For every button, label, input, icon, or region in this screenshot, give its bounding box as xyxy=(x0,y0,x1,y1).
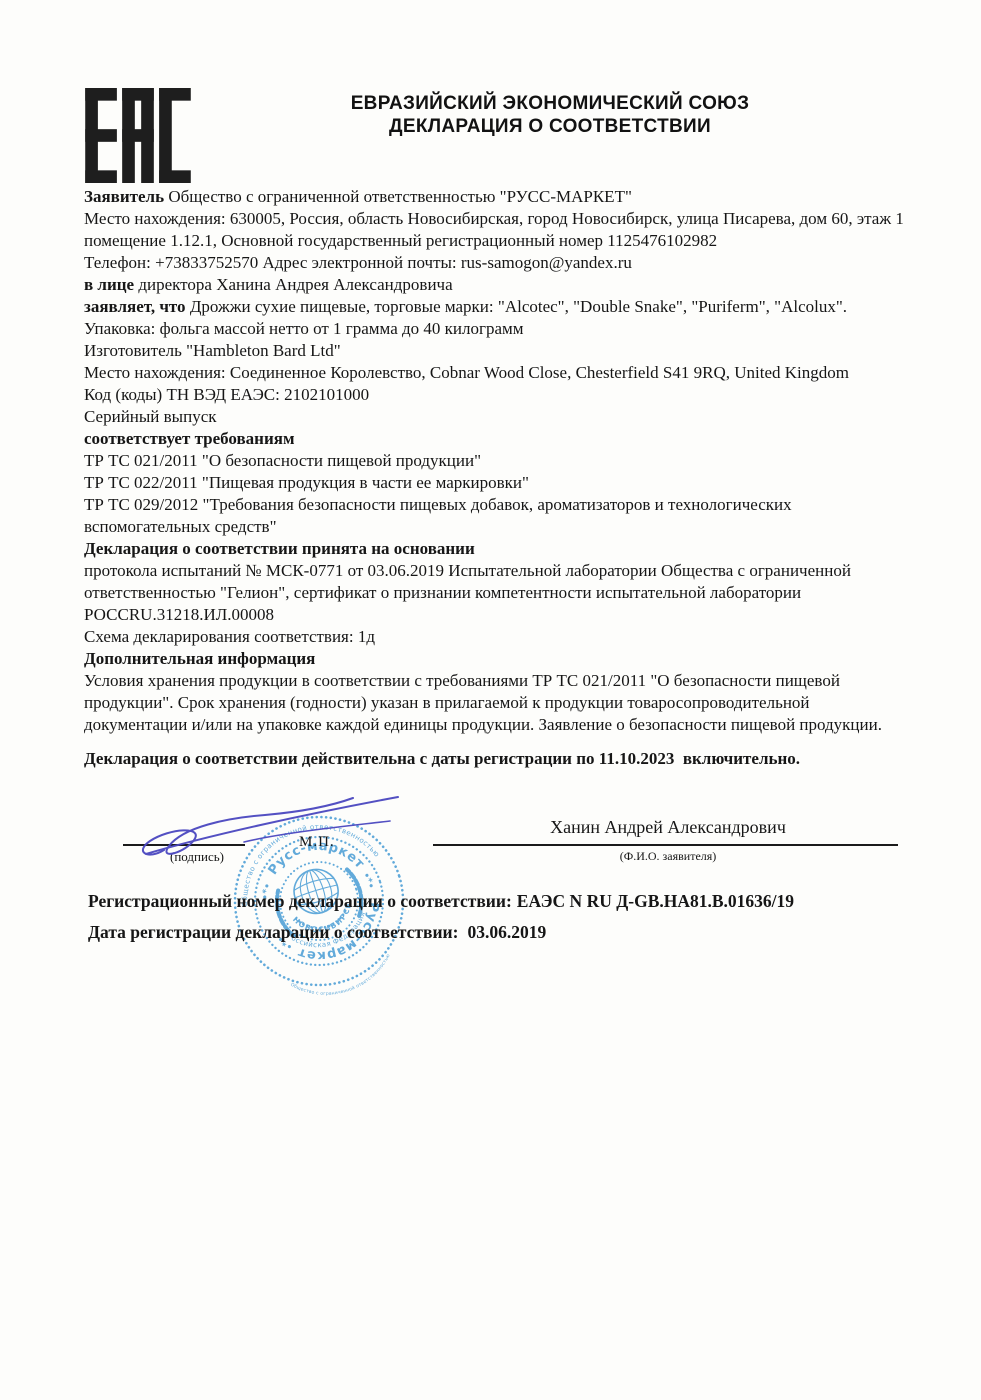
handwritten-signature xyxy=(126,790,426,874)
declares-label: заявляет, что xyxy=(84,297,186,316)
serial-release-line: Серийный выпуск xyxy=(84,406,906,428)
complies-heading: соответствует требованиям xyxy=(84,428,906,450)
eac-logo-icon xyxy=(85,88,191,183)
registration-number-label: Регистрационный номер декларации о соотв… xyxy=(88,891,512,911)
regulation-item: ТР ТС 021/2011 "О безопасности пищевой п… xyxy=(84,450,906,472)
in-person-line: в лице директора Ханина Андрея Александр… xyxy=(84,274,906,296)
in-person-value: директора Ханина Андрея Александровича xyxy=(138,275,452,294)
scheme-line: Схема декларирования соответствия: 1д xyxy=(84,626,906,648)
contacts-line: Телефон: +73833752570 Адрес электронной … xyxy=(84,252,906,274)
stamp-bottom-tiny-text: Общество с ограниченной ответственностью xyxy=(288,952,398,996)
regulation-item: ТР ТС 022/2011 "Пищевая продукция в част… xyxy=(84,472,906,494)
registration-date-value: 03.06.2019 xyxy=(467,922,546,942)
in-person-label: в лице xyxy=(84,275,134,294)
declares-line: заявляет, что Дрожжи сухие пищевые, торг… xyxy=(84,296,906,340)
validity-line: Декларация о соответствии действительна … xyxy=(84,748,906,770)
document-title: ЕВРАЗИЙСКИЙ ЭКОНОМИЧЕСКИЙ СОЮЗ ДЕКЛАРАЦИ… xyxy=(300,92,800,138)
applicant-value: Общество с ограниченной ответственностью… xyxy=(168,187,632,206)
signer-name-caption: (Ф.И.О. заявителя) xyxy=(437,849,899,864)
basis-text: протокола испытаний № МСК-0771 от 03.06.… xyxy=(84,560,906,626)
applicant-address-line: Место нахождения: 630005, Россия, област… xyxy=(84,208,906,252)
registration-date-line: Дата регистрации декларации о соответств… xyxy=(88,922,948,943)
regulation-item: ТР ТС 029/2012 "Требования безопасности … xyxy=(84,494,906,538)
tnved-code-line: Код (коды) ТН ВЭД ЕАЭС: 2102101000 xyxy=(84,384,906,406)
signer-name-rule xyxy=(433,844,898,846)
title-union-line: ЕВРАЗИЙСКИЙ ЭКОНОМИЧЕСКИЙ СОЮЗ xyxy=(300,92,800,115)
registration-number-value: ЕАЭС N RU Д-GB.НА81.В.01636/19 xyxy=(517,891,794,911)
manufacturer-line: Изготовитель "Hambleton Bard Ltd" xyxy=(84,340,906,362)
signer-name: Ханин Андрей Александрович xyxy=(437,817,899,838)
additional-info-text: Условия хранения продукции в соответстви… xyxy=(84,670,906,736)
registration-date-label: Дата регистрации декларации о соответств… xyxy=(88,922,458,942)
registration-number-line: Регистрационный номер декларации о соотв… xyxy=(88,891,948,912)
signature-strokes xyxy=(143,797,398,855)
title-declaration-line: ДЕКЛАРАЦИЯ О СООТВЕТСТВИИ xyxy=(300,115,800,138)
declaration-document-page: ЕВРАЗИЙСКИЙ ЭКОНОМИЧЕСКИЙ СОЮЗ ДЕКЛАРАЦИ… xyxy=(0,0,981,1400)
additional-info-heading: Дополнительная информация xyxy=(84,648,906,670)
applicant-label: Заявитель xyxy=(84,187,164,206)
product-description: Дрожжи сухие пищевые, торговые марки: "A… xyxy=(84,297,847,338)
declaration-body: Заявитель Общество с ограниченной ответс… xyxy=(84,186,906,770)
basis-heading: Декларация о соответствии принята на осн… xyxy=(84,538,906,560)
applicant-line: Заявитель Общество с ограниченной ответс… xyxy=(84,186,906,208)
manufacturer-address-line: Место нахождения: Соединенное Королевств… xyxy=(84,362,906,384)
